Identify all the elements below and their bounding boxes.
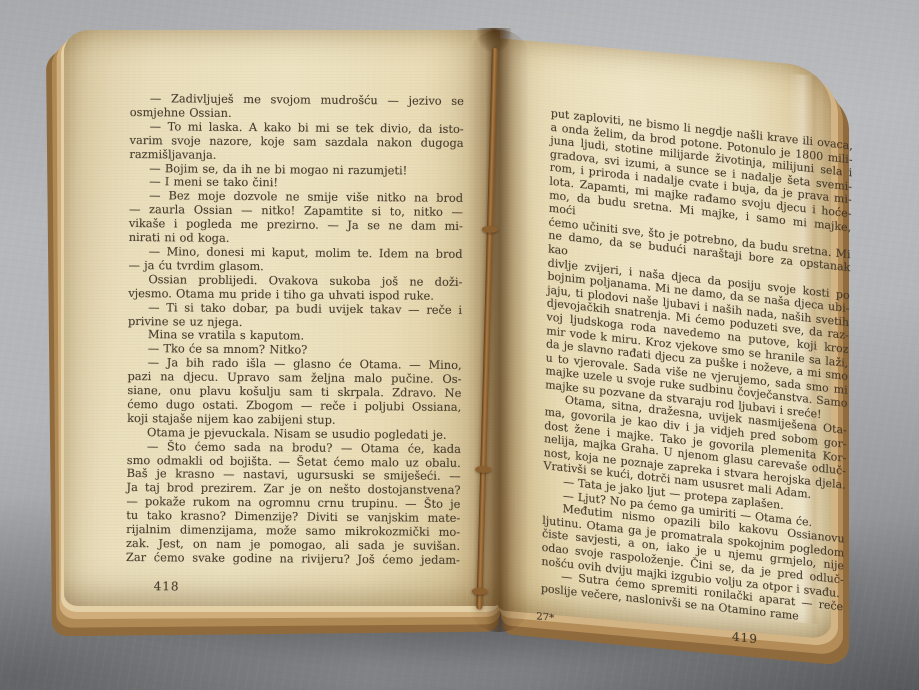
right-page-number: 419 bbox=[732, 631, 758, 647]
text-line: Zar ćemo svake godine na rivijeru? Još ć… bbox=[126, 551, 460, 568]
binding-knot bbox=[482, 226, 498, 233]
signature-mark: 27* bbox=[536, 611, 554, 626]
left-page-number: 418 bbox=[154, 580, 180, 594]
photo-of-open-book: { "colors": { "paper": "#ece2c1", "paper… bbox=[0, 0, 919, 690]
left-page-text: — Zadivljuješ me svojom mudrošću — jeziv… bbox=[126, 92, 464, 597]
binding-knot bbox=[472, 588, 488, 595]
left-page: — Zadivljuješ me svojom mudrošću — jeziv… bbox=[64, 30, 500, 606]
right-page: put zaploviti, ne bismo li negdje našli … bbox=[497, 38, 831, 639]
left-page-paragraphs: — Zadivljuješ me svojom mudrošću — jeziv… bbox=[126, 92, 464, 568]
binding-knot bbox=[475, 466, 491, 473]
right-page-paragraphs: put zaploviti, ne bismo li negdje našli … bbox=[541, 107, 853, 628]
left-page-footer: 418 bbox=[126, 580, 460, 597]
right-page-text: put zaploviti, ne bismo li negdje našli … bbox=[540, 107, 853, 658]
